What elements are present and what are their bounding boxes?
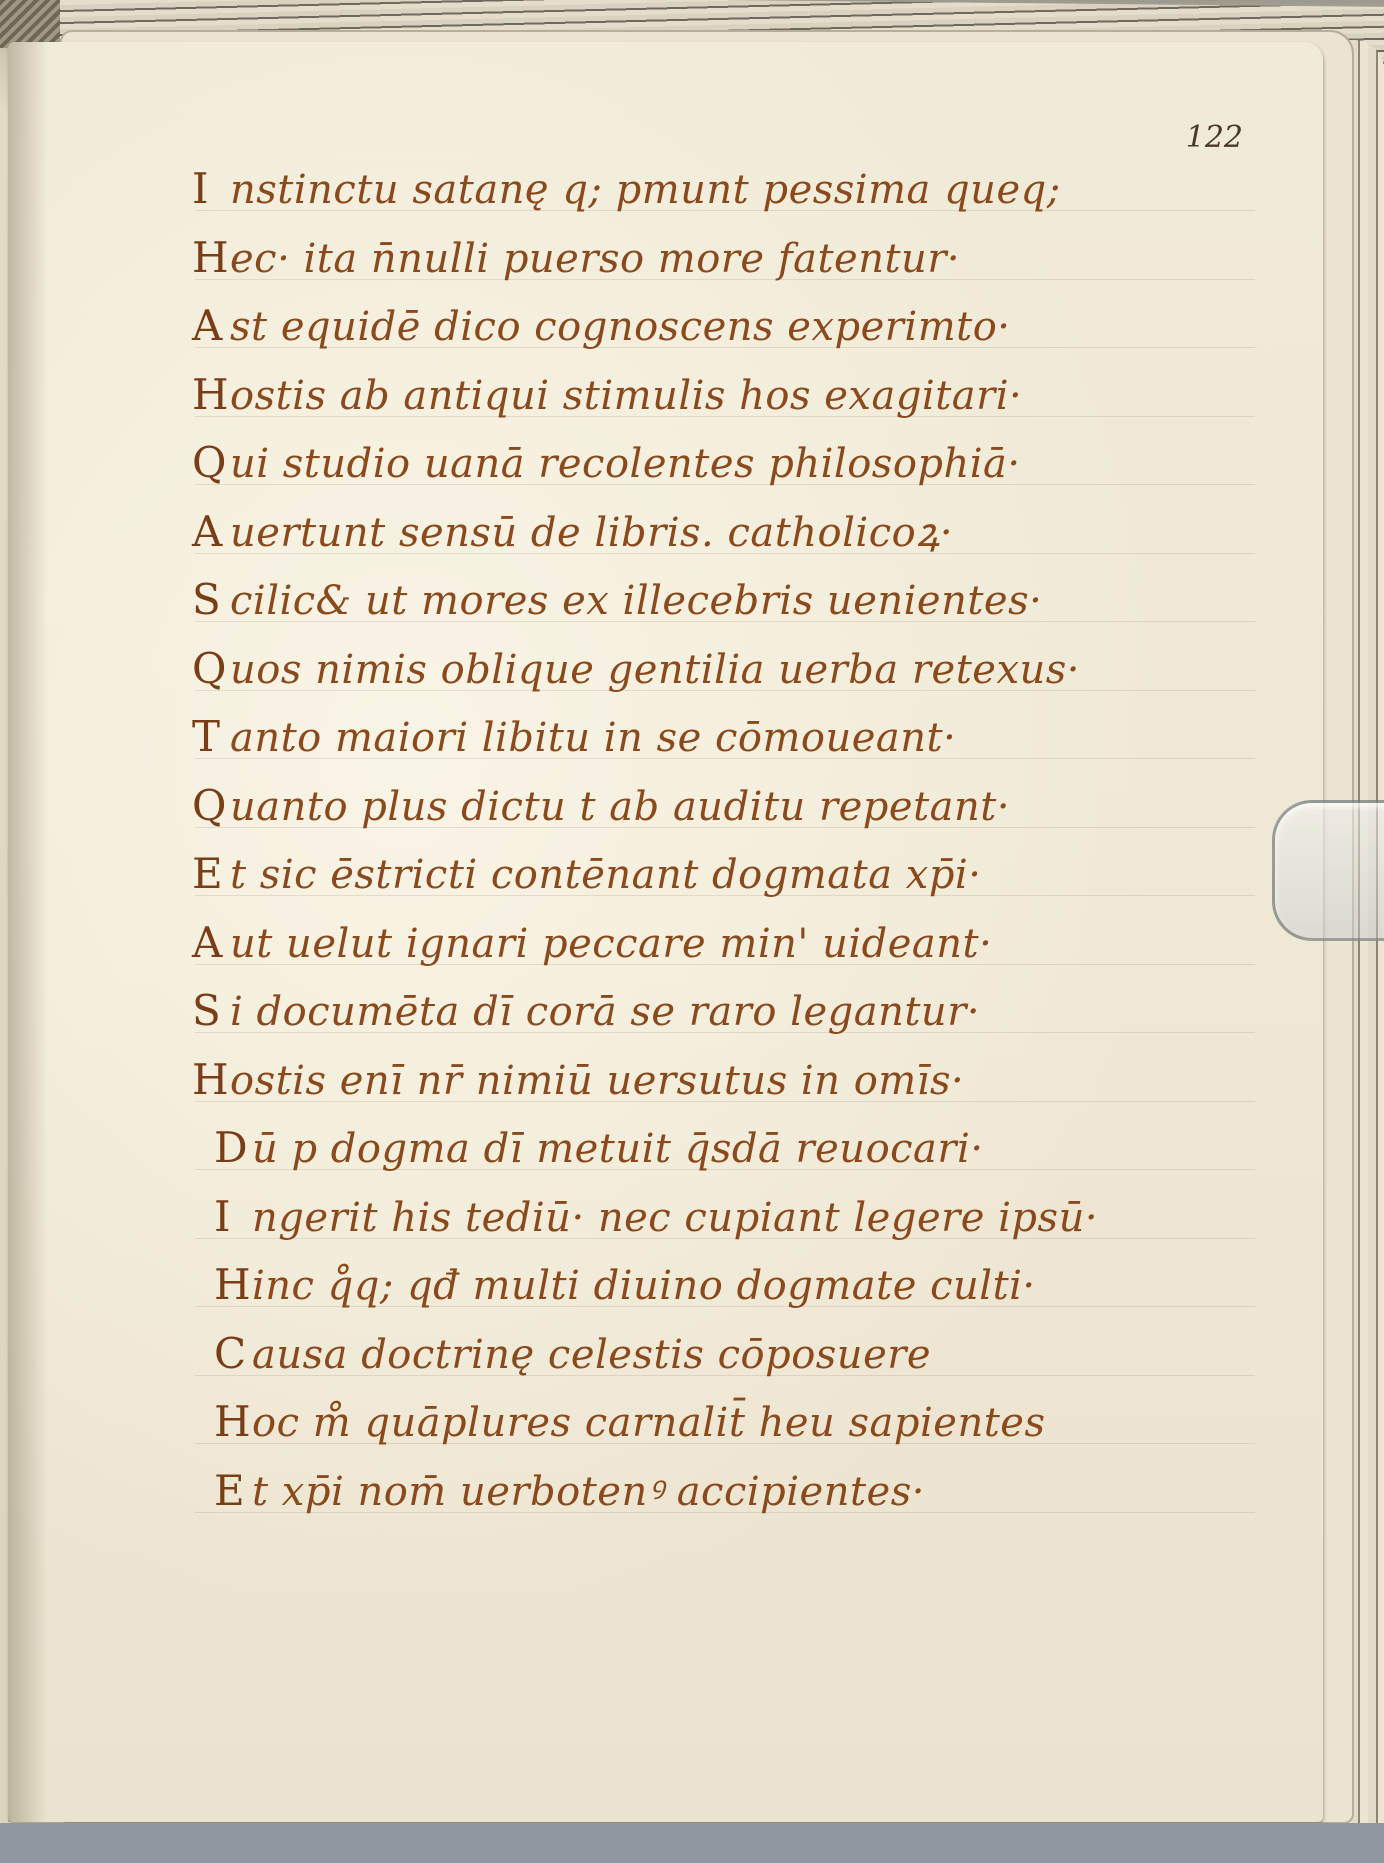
verse-line: Qui studio uanā recolentes philosophiā· bbox=[192, 429, 1292, 498]
verse-initial: I bbox=[192, 155, 230, 223]
verse-text: ostis ab antiqui stimulis hos exagitari· bbox=[230, 362, 1022, 430]
verse-initial: H bbox=[192, 361, 230, 429]
verse-initial: Q bbox=[192, 635, 230, 703]
verse-text: ngerit his tediū· nec cupiant legere ips… bbox=[252, 1184, 1098, 1252]
page-clip bbox=[1272, 800, 1384, 941]
verse-line: Si documēta dī corā se raro legantur· bbox=[192, 977, 1292, 1046]
verse-text: uertunt sensū de libris. catholicoꝝ· bbox=[230, 499, 953, 567]
verse-initial: S bbox=[192, 977, 230, 1045]
verse-line: Scilic& ut mores ex illecebris uenientes… bbox=[192, 566, 1292, 635]
verse-text: uanto plus dictu t ab auditu repetant· bbox=[230, 773, 1010, 841]
verse-text: uos nimis oblique gentilia uerba retexus… bbox=[230, 636, 1080, 704]
verse-line: Et xp̄i nom̄ uerbotenꝰ accipientes· bbox=[192, 1457, 1292, 1526]
verse-line: Dū p dogma dī metuit q̄sdā reuocari· bbox=[192, 1114, 1292, 1183]
verse-text: inc q̊q; qđ multi diuino dogmate culti· bbox=[252, 1252, 1036, 1320]
verse-initial: H bbox=[214, 1251, 252, 1319]
text-block: Instinctu satanę q; pmunt pessima queq;H… bbox=[192, 155, 1292, 1525]
verse-text: t xp̄i nom̄ uerbotenꝰ accipientes· bbox=[252, 1458, 925, 1526]
verse-initial: A bbox=[192, 498, 230, 566]
verse-initial: E bbox=[214, 1457, 252, 1525]
verse-text: cilic& ut mores ex illecebris uenientes· bbox=[230, 567, 1042, 635]
verse-line: Aut uelut ignari peccare min' uideant· bbox=[192, 909, 1292, 978]
verse-text: ut uelut ignari peccare min' uideant· bbox=[230, 910, 992, 978]
verse-line: Hoc m̊ quāplures carnalit̄ heu sapientes bbox=[192, 1388, 1292, 1457]
verse-text: nstinctu satanę q; pmunt pessima queq; bbox=[230, 156, 1061, 224]
verse-text: ū p dogma dī metuit q̄sdā reuocari· bbox=[252, 1115, 984, 1183]
verse-initial: S bbox=[192, 566, 230, 634]
verse-initial: C bbox=[214, 1320, 252, 1388]
verse-initial: H bbox=[214, 1388, 252, 1456]
verse-text: st equidē dico cognoscens experimto· bbox=[230, 293, 1011, 361]
verse-line: Hostis ab antiqui stimulis hos exagitari… bbox=[192, 361, 1292, 430]
verse-line: Auertunt sensū de libris. catholicoꝝ· bbox=[192, 498, 1292, 567]
verse-text: oc m̊ quāplures carnalit̄ heu sapientes bbox=[252, 1389, 1046, 1457]
verse-line: Ingerit his tediū· nec cupiant legere ip… bbox=[192, 1183, 1292, 1252]
verse-text: ausa doctrinę celestis cōposuere bbox=[252, 1321, 931, 1389]
verse-text: ec· ita n̄nulli puerso more fatentur· bbox=[230, 225, 960, 293]
verse-line: Instinctu satanę q; pmunt pessima queq; bbox=[192, 155, 1292, 224]
verse-initial: Q bbox=[192, 429, 230, 497]
verse-line: Hec· ita n̄nulli puerso more fatentur· bbox=[192, 224, 1292, 293]
verse-line: Hostis enī nr̄ nimiū uersutus in omīs· bbox=[192, 1046, 1292, 1115]
verse-line: Ast equidē dico cognoscens experimto· bbox=[192, 292, 1292, 361]
verse-initial: A bbox=[192, 292, 230, 360]
verse-text: ostis enī nr̄ nimiū uersutus in omīs· bbox=[230, 1047, 964, 1115]
verse-initial: T bbox=[192, 703, 230, 771]
verse-line: Tanto maiori libitu in se cōmoueant· bbox=[192, 703, 1292, 772]
verse-line: Hinc q̊q; qđ multi diuino dogmate culti· bbox=[192, 1251, 1292, 1320]
verse-initial: D bbox=[214, 1114, 252, 1182]
verse-text: ui studio uanā recolentes philosophiā· bbox=[230, 430, 1021, 498]
verse-initial: H bbox=[192, 1046, 230, 1114]
verse-line: Quanto plus dictu t ab auditu repetant· bbox=[192, 772, 1292, 841]
verse-initial: A bbox=[192, 909, 230, 977]
verse-text: anto maiori libitu in se cōmoueant· bbox=[230, 704, 956, 772]
verse-initial: E bbox=[192, 840, 230, 908]
verse-text: t sic ēstricti contēnant dogmata xp̄i· bbox=[230, 841, 981, 909]
verse-line: Causa doctrinę celestis cōposuere bbox=[192, 1320, 1292, 1389]
verse-initial: I bbox=[214, 1183, 252, 1251]
folio-number: 122 bbox=[1186, 120, 1243, 155]
verse-initial: H bbox=[192, 224, 230, 292]
gutter-shadow bbox=[8, 42, 48, 1822]
verse-line: Quos nimis oblique gentilia uerba retexu… bbox=[192, 635, 1292, 704]
verse-initial: Q bbox=[192, 772, 230, 840]
background-surface bbox=[0, 1823, 1384, 1863]
verse-line: Et sic ēstricti contēnant dogmata xp̄i· bbox=[192, 840, 1292, 909]
verse-text: i documēta dī corā se raro legantur· bbox=[230, 978, 980, 1046]
